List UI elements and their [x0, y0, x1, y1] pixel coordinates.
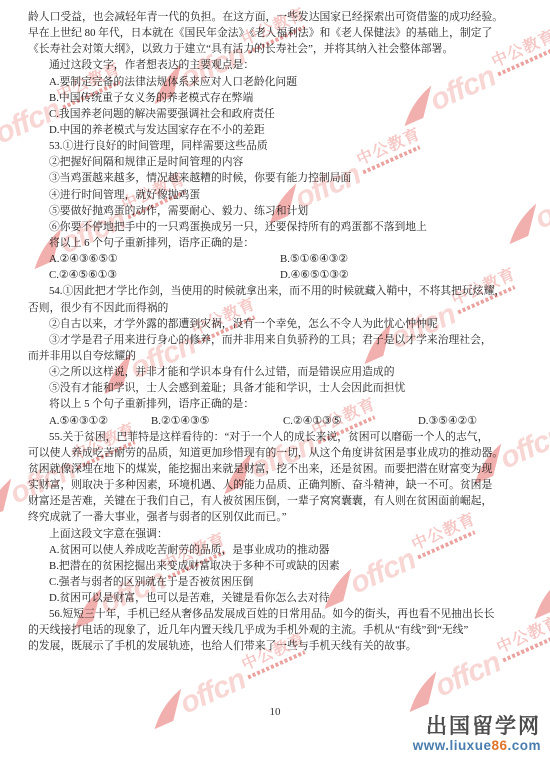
- option-line: B.把潜在的贫困挖掘出来变成财富取决于多种不可或缺的因素: [28, 558, 524, 574]
- doc-line: ③当鸡蛋越来越多，情况越来越糟的时候，你要有能力控制局面: [28, 170, 524, 186]
- option-item: C.②④⑤⑥①③: [28, 267, 117, 283]
- option-item: A.②④③⑥⑤①: [28, 251, 118, 267]
- option-line: C.强者与弱者的区别就在于是否被贫困压倒: [28, 574, 524, 590]
- doc-line: 贫困就像深埋在地下的煤炭，能挖掘出来就是财富，挖不出来，还是贫困。而要把潜在财富…: [28, 461, 524, 477]
- option-line: B.中国传统重子女义务的养老模式存在弊端: [28, 90, 524, 106]
- doc-line: 通过这段文字，作者想表达的主要观点是：: [28, 57, 524, 73]
- option-line: A.贫困可以使人养成吃苦耐劳的品质，是事业成功的推动器: [28, 542, 524, 558]
- doc-line: 53.①进行良好的时间管理，同样需要这些品质: [28, 138, 524, 154]
- doc-line: ②把握好间隔和规律正是时间管理的内容: [28, 154, 524, 170]
- doc-line: 实财富，则取决于多种因素，环境机遇、人的能力品质、正确判断、奋斗精神，缺一不可。…: [28, 477, 524, 493]
- doc-line: ⑤要做好抛鸡蛋的动作，需要耐心、毅力、练习和计划: [28, 203, 524, 219]
- doc-line: 的发展，既展示了手机的发展轨迹，也给人们带来了一些与手机天线有关的故事。: [28, 638, 524, 654]
- watermark-tagline-bar: [247, 650, 305, 679]
- option-item: C.②④①③⑤: [283, 413, 341, 429]
- site-logo: 出国留学网 www.liuxue86.com: [413, 716, 541, 753]
- option-item: D.④⑥⑤①③②: [280, 267, 349, 283]
- doc-line: 56.短短三十年，手机已经从奢侈品发展成百姓的日常用品。如今的街头，再也看不见抽…: [28, 606, 524, 622]
- doc-line: 上面这段文字意在强调：: [28, 526, 524, 542]
- doc-line: ③才学是君子用来进行身心的修养，而并非用来自负骄矜的工具；君子是以才学来治理社会…: [28, 332, 524, 348]
- doc-content: 龄人口受益，也会减轻年青一代的负担。在这方面，一些发达国家已经探索出可资借鉴的成…: [28, 9, 524, 655]
- site-name: 出国留学网: [413, 716, 541, 738]
- doc-line: 龄人口受益，也会减轻年青一代的负担。在这方面，一些发达国家已经探索出可资借鉴的成…: [28, 9, 524, 25]
- site-url: www.liuxue86.com: [413, 738, 541, 753]
- doc-line: 早在上世纪 80 年代，日本就在《国民年金法》《老人福利法》和《老人保健法》的基…: [28, 25, 524, 41]
- doc-line: 否则，很少有不因此而得祸的: [28, 300, 524, 316]
- doc-line: ④进行时间管理，就好像抛鸡蛋: [28, 187, 524, 203]
- option-line: D.中国的养老模式与发达国家存在不小的差距: [28, 122, 524, 138]
- offcn-swoosh-icon: [0, 115, 10, 162]
- option-item: B.⑤①⑥④③②: [280, 251, 348, 267]
- doc-line: 54.①因此把才学比作剑，当使用的时候就拿出来，而不用的时候就藏入鞘中，不将其把…: [28, 283, 524, 299]
- option-item: D.③⑤④②①: [418, 413, 477, 429]
- doc-line: 将以上 6 个句子重新排列，语序正确的是：: [28, 235, 524, 251]
- offcn-swoosh-icon: [521, 575, 550, 622]
- doc-line: ④之所以这样说，并非才能和学识本身有什么过错，而是错误应用造成的: [28, 364, 524, 380]
- option-line: D.贫困可以是财富，也可以是苦难，关键是看你怎么去对待: [28, 590, 524, 606]
- doc-line: ⑥你要不停地把手中的一只鸡蛋换成另一只，还要保持所有的鸡蛋都不落到地上: [28, 219, 524, 235]
- doc-line: 终究成就了一番大事业，强者与弱者的区别仅此而已。”: [28, 509, 524, 525]
- exam-page-scan: offcn中公教育 offcn中公教育 offcn中公教育 offcn中公教育 …: [0, 0, 550, 767]
- options-row: A.②④③⑥⑤① B.⑤①⑥④③②: [28, 251, 524, 267]
- watermark: offcn中公教育: [521, 521, 550, 623]
- option-item: A.⑤④③①②: [49, 413, 108, 429]
- doc-line: ②自古以来，才学外露的都遭到灾祸，没有一个幸免，怎么不令人为此忧心忡忡呢: [28, 316, 524, 332]
- url-number: 86: [491, 738, 507, 753]
- option-line: C.我国养老问题的解决需要强调社会和政府责任: [28, 106, 524, 122]
- options-row: C.②④⑤⑥①③ D.④⑥⑤①③②: [28, 267, 524, 283]
- option-line: A.要制定完备的法律法规体系来应对人口老龄化问题: [28, 74, 524, 90]
- doc-line: 财富还是苦难，关键在于我们自己，有人被贫困压倒，一辈子窝窝囊囊，有人则在贫困面前…: [28, 493, 524, 509]
- option-item: B.②①④③⑤: [151, 413, 209, 429]
- doc-line: 的天线接打电话的现象了，近几年内置天线几乎成为手机外观的主流。手机从“有线”到“…: [28, 622, 524, 638]
- doc-line: 可以使人养成吃苦耐劳的品质，知道更加珍惜现有的一切，从这个角度讲贫困是事业成功的…: [28, 445, 524, 461]
- options-row: A.⑤④③①② B.②①④③⑤ C.②④①③⑤ D.③⑤④②①: [28, 413, 524, 429]
- doc-line: 将以上 5 个句子重新排列，语序正确的是：: [28, 396, 524, 412]
- doc-line: 《长寿社会对策大纲》，以致力于建立“具有活力的长寿社会”，并将其纳入社会整体部署…: [28, 41, 524, 57]
- doc-line: 而并非用以自夸炫耀的: [28, 348, 524, 364]
- doc-line: ⑤没有才能和学识，士人会感到羞耻；具备才能和学识，士人会因此而担忧: [28, 380, 524, 396]
- url-suffix: .com: [507, 738, 541, 753]
- url-prefix: www.liuxue: [413, 738, 492, 753]
- doc-line: 55.关于贫困，巴菲特是这样看待的：“对于一个人的成长来说，贫困可以磨砺一个人的…: [28, 429, 524, 445]
- offcn-swoosh-icon: [0, 475, 25, 522]
